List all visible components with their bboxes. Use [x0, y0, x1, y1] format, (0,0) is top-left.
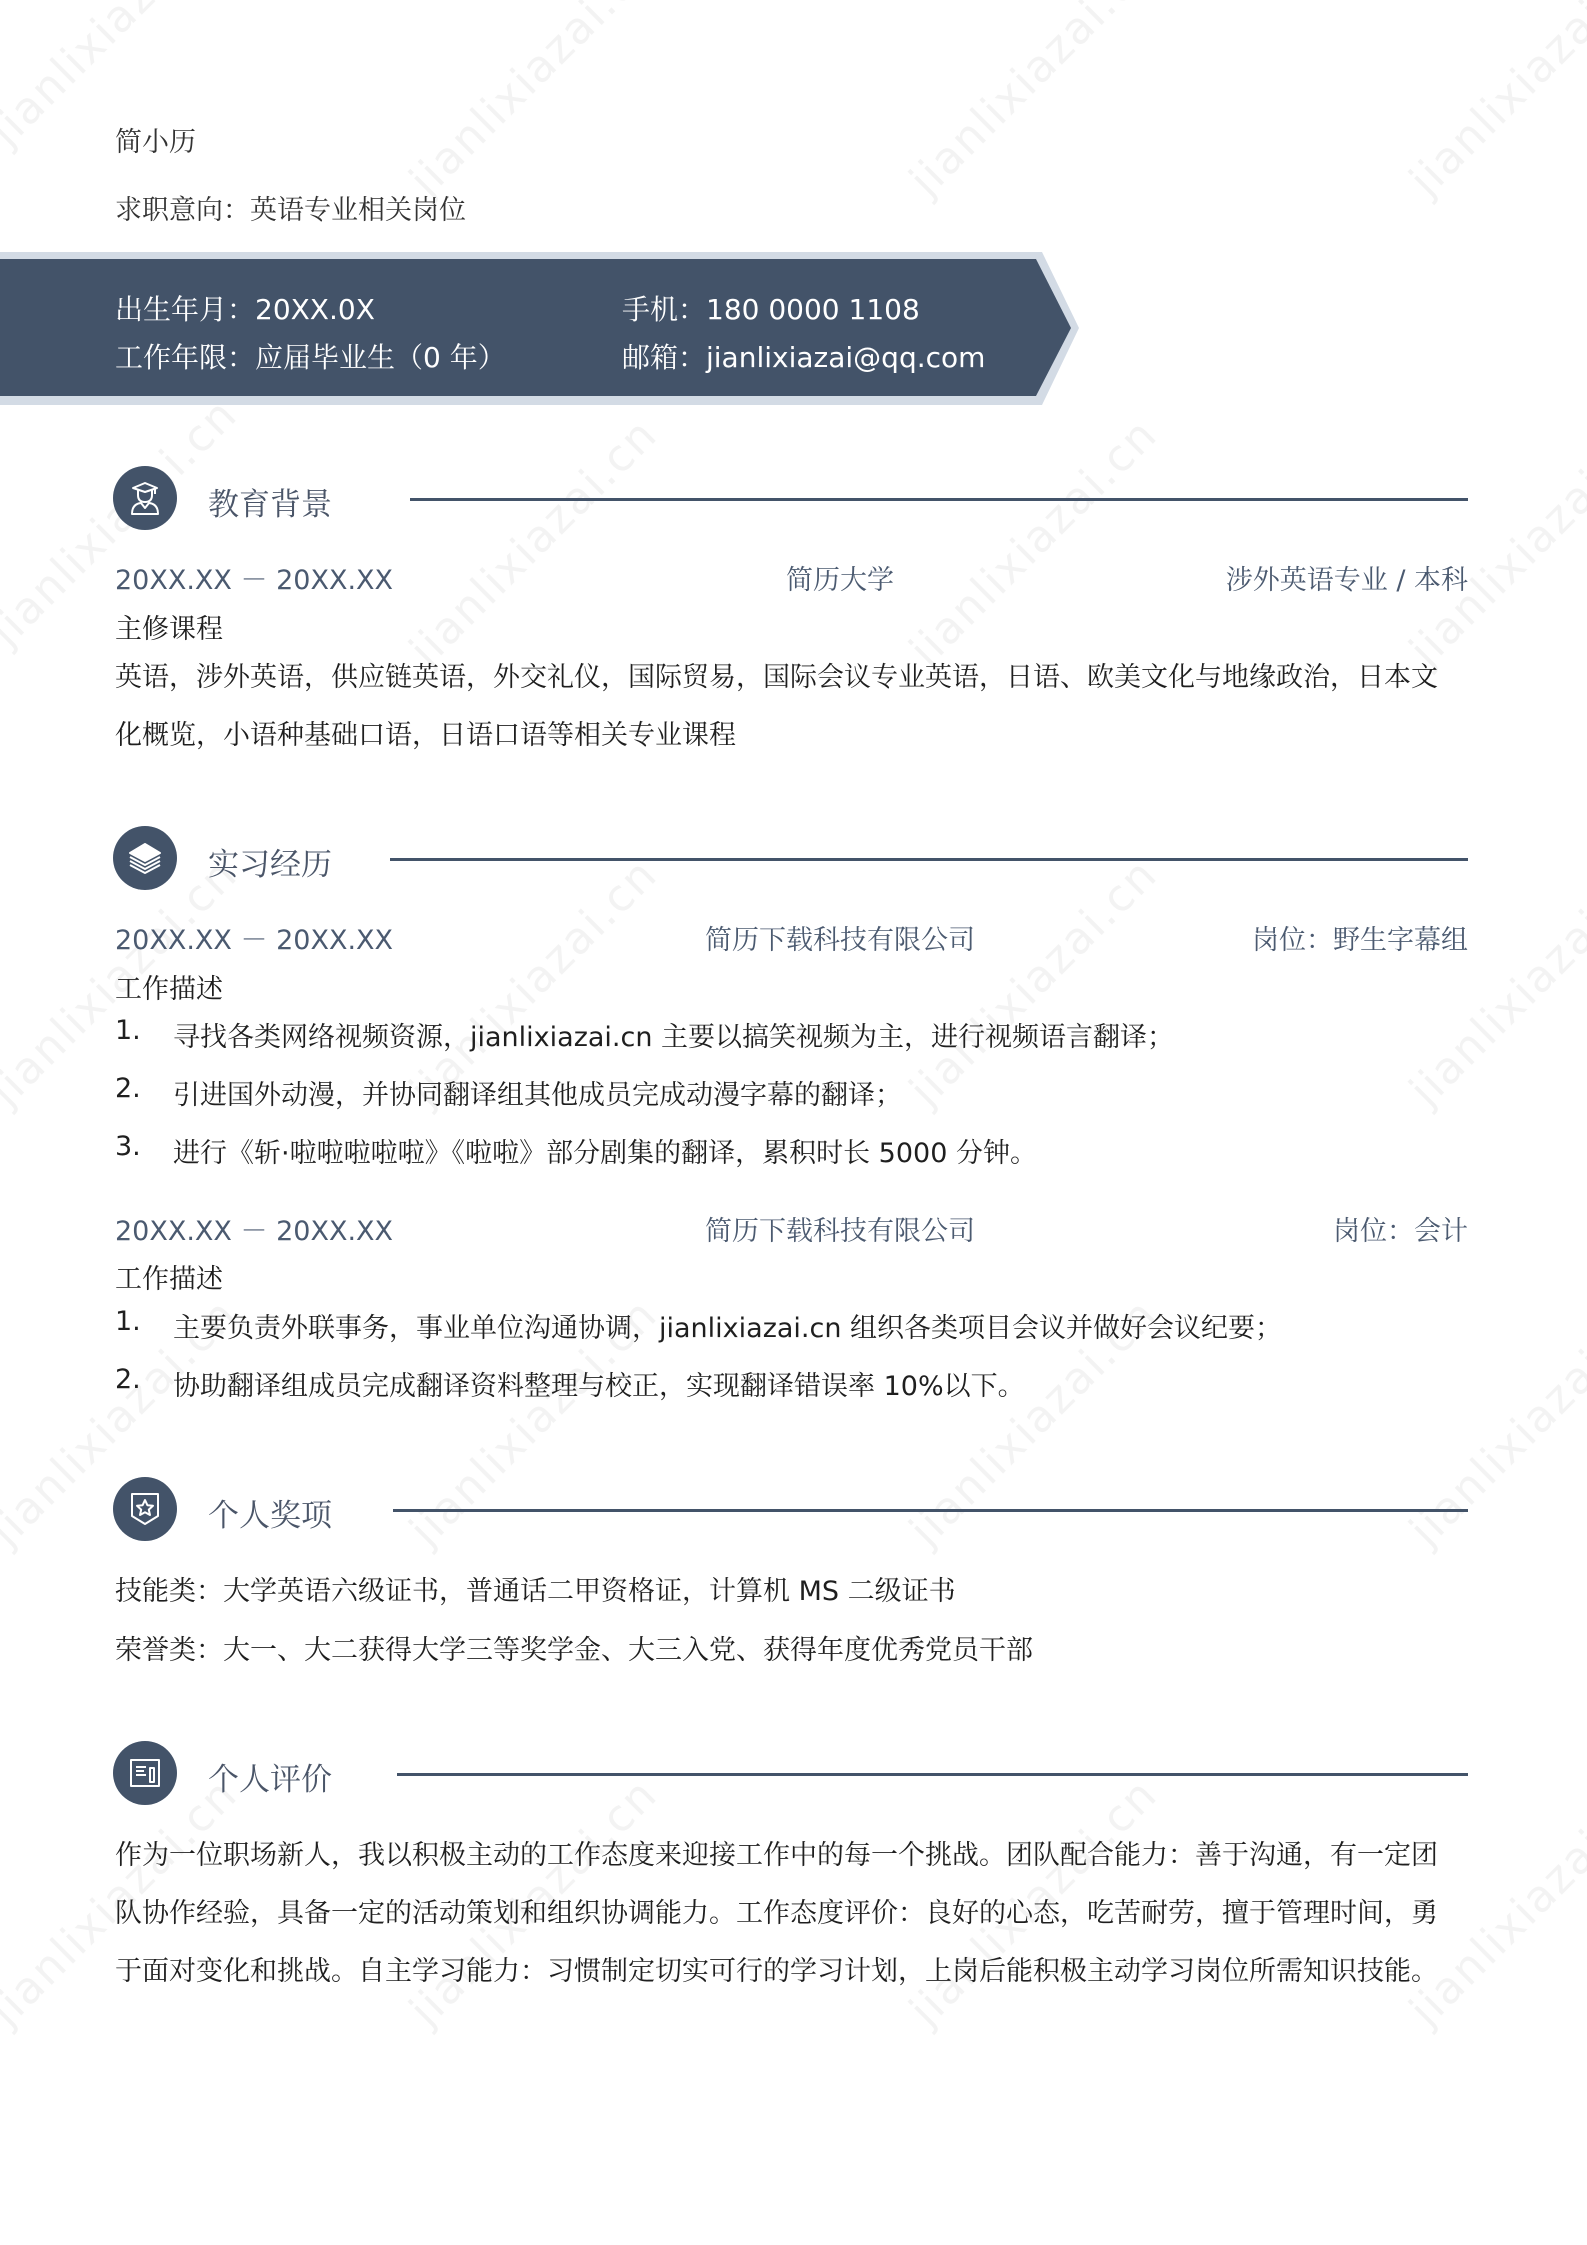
- graduate-icon: [113, 466, 177, 530]
- watermark: jianlixiazai.cn: [900, 0, 1168, 206]
- work-years: 工作年限：应届毕业生（0 年）: [115, 336, 506, 376]
- list-number: 3.: [115, 1131, 141, 1162]
- badge-star-icon: [113, 1477, 177, 1541]
- section-divider: [397, 1773, 1468, 1776]
- courses-line: 化概览，小语种基础口语，日语口语等相关专业课程: [115, 713, 736, 752]
- award-honors: 荣誉类：大一、大二获得大学三等奖学金、大三入党、获得年度优秀党员干部: [115, 1628, 1033, 1667]
- list-item: 协助翻译组成员完成翻译资料整理与校正，实现翻译错误率 10%以下。: [173, 1364, 1025, 1403]
- section-divider: [410, 498, 1468, 501]
- watermark: jianlixiazai.cn: [1400, 409, 1587, 677]
- section-divider: [393, 1509, 1468, 1512]
- award-skills: 技能类：大学英语六级证书，普通话二甲资格证，计算机 MS 二级证书: [115, 1569, 956, 1608]
- internship-company: 简历下载科技有限公司: [705, 918, 975, 957]
- info-banner: 出生年月：20XX.0X 工作年限：应届毕业生（0 年） 手机：180 0000…: [0, 252, 1090, 406]
- list-item: 主要负责外联事务，事业单位沟通协调，jianlixiazai.cn 组织各类项目…: [173, 1306, 1282, 1345]
- section-title-awards: 个人奖项: [208, 1490, 332, 1535]
- courses-label: 主修课程: [115, 607, 223, 646]
- email: 邮箱：jianlixiazai@qq.com: [622, 336, 985, 376]
- internship-position: 岗位：会计: [1333, 1209, 1468, 1248]
- work-desc-label: 工作描述: [115, 967, 223, 1006]
- phone: 手机：180 0000 1108: [622, 288, 920, 328]
- list-number: 1.: [115, 1306, 141, 1337]
- list-item: 进行《斩·啦啦啦啦啦》《啦啦》部分剧集的翻译，累积时长 5000 分钟。: [173, 1131, 1037, 1170]
- watermark: jianlixiazai.cn: [900, 849, 1168, 1117]
- banner-arrow-shape: [0, 252, 1090, 406]
- list-number: 1.: [115, 1015, 141, 1046]
- list-number: 2.: [115, 1364, 141, 1395]
- notebook-icon: [113, 1741, 177, 1805]
- watermark: jianlixiazai.cn: [1400, 0, 1587, 206]
- evaluation-line: 作为一位职场新人，我以积极主动的工作态度来迎接工作中的每一个挑战。团队配合能力：…: [115, 1833, 1438, 1872]
- evaluation-line: 于面对变化和挑战。自主学习能力：习惯制定切实可行的学习计划，上岗后能积极主动学习…: [115, 1949, 1438, 1988]
- education-period: 20XX.XX － 20XX.XX: [115, 558, 393, 597]
- list-item: 寻找各类网络视频资源，jianlixiazai.cn 主要以搞笑视频为主，进行视…: [173, 1015, 1174, 1054]
- evaluation-line: 队协作经验，具备一定的活动策划和组织协调能力。工作态度评价：良好的心态，吃苦耐劳…: [115, 1891, 1438, 1930]
- internship-company: 简历下载科技有限公司: [705, 1209, 975, 1248]
- internship-period: 20XX.XX － 20XX.XX: [115, 1209, 393, 1248]
- courses-line: 英语，涉外英语，供应链英语，外交礼仪，国际贸易，国际会议专业英语，日语、欧美文化…: [115, 655, 1438, 694]
- work-desc-label: 工作描述: [115, 1257, 223, 1296]
- watermark: jianlixiazai.cn: [400, 409, 668, 677]
- watermark: jianlixiazai.cn: [1400, 1289, 1587, 1557]
- job-intent: 求职意向：英语专业相关岗位: [115, 188, 466, 227]
- list-item: 引进国外动漫，并协同翻译组其他成员完成动漫字幕的翻译；: [173, 1073, 902, 1112]
- layers-icon: [113, 826, 177, 890]
- education-school: 简历大学: [786, 558, 894, 597]
- education-major: 涉外英语专业 / 本科: [1226, 558, 1468, 597]
- list-number: 2.: [115, 1073, 141, 1104]
- candidate-name: 简小历: [115, 120, 196, 159]
- internship-period: 20XX.XX － 20XX.XX: [115, 918, 393, 957]
- section-title-education: 教育背景: [208, 479, 332, 524]
- watermark: jianlixiazai.cn: [400, 0, 668, 206]
- section-divider: [390, 858, 1468, 861]
- section-title-evaluation: 个人评价: [208, 1754, 332, 1799]
- section-title-internship: 实习经历: [208, 839, 332, 884]
- birth-date: 出生年月：20XX.0X: [115, 288, 375, 328]
- watermark: jianlixiazai.cn: [900, 409, 1168, 677]
- internship-position: 岗位：野生字幕组: [1252, 918, 1468, 957]
- watermark: jianlixiazai.cn: [1400, 849, 1587, 1117]
